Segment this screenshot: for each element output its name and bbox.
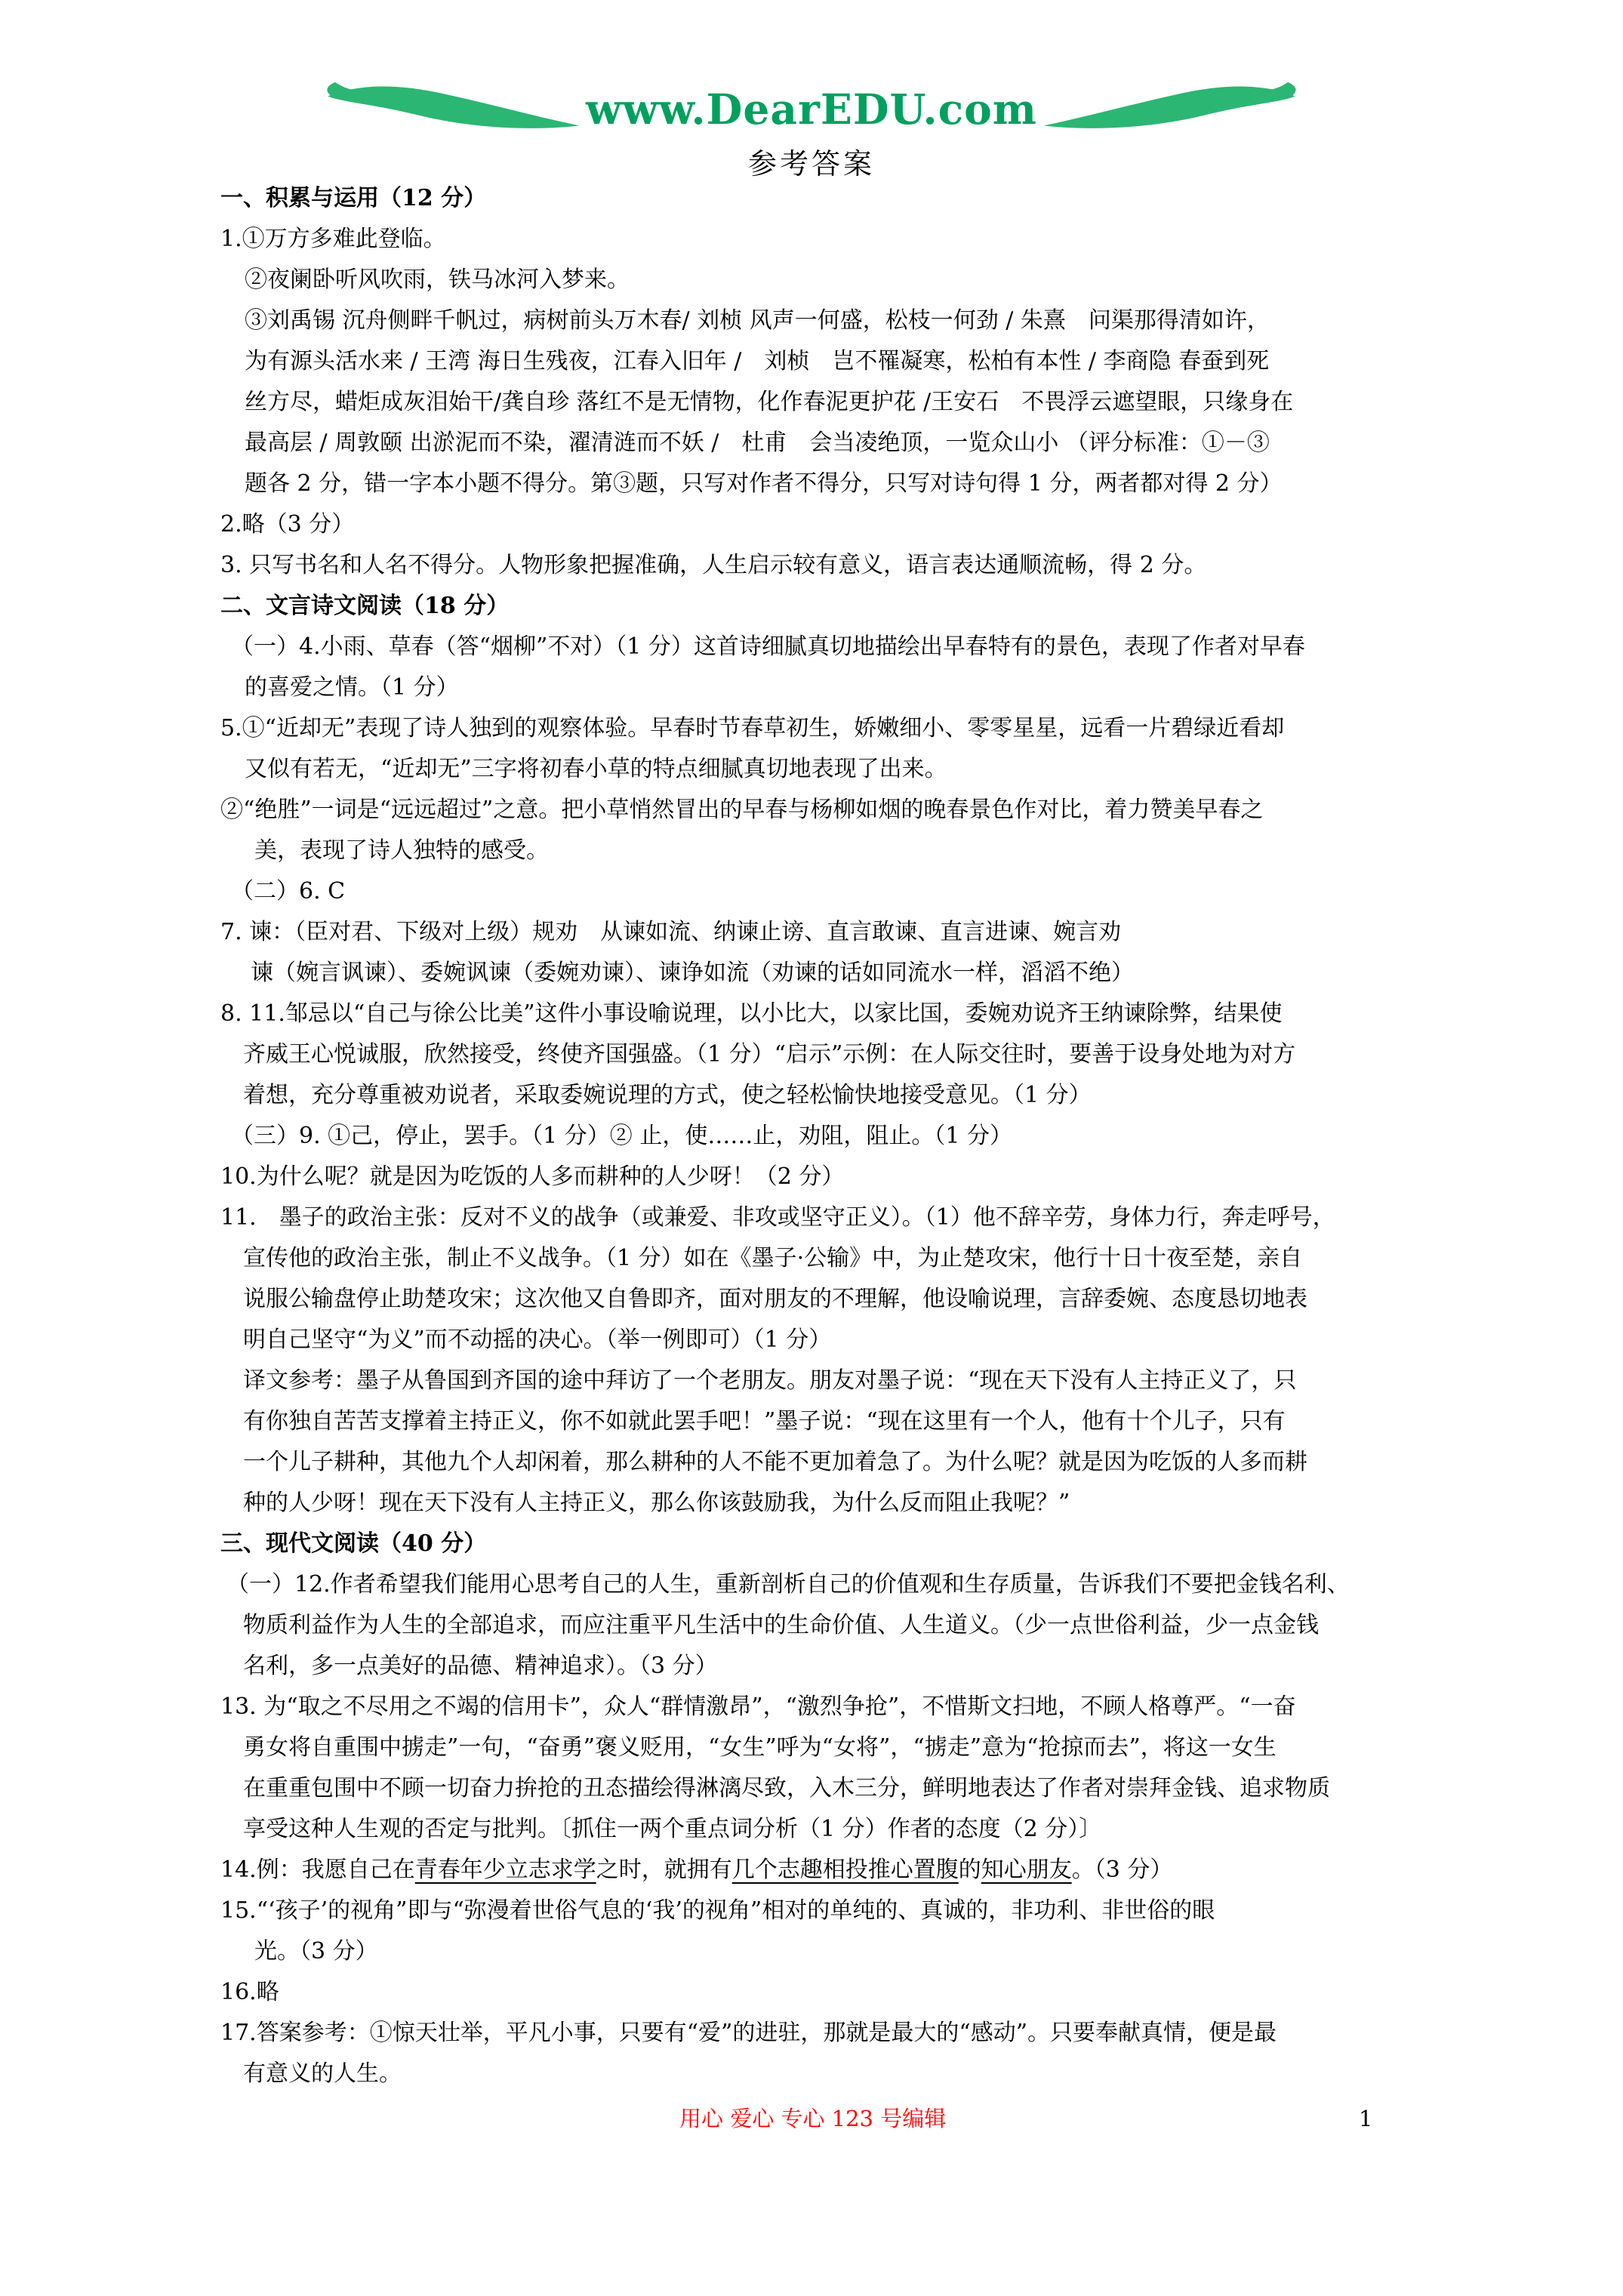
answer-line: 8. 11.邹忌以“自己与徐公比美”这件小事设喻说理，以小比大，以家比国，委婉劝… xyxy=(220,994,1520,1034)
answer-line: 一个儿子耕种，其他九个人却闲着，那么耕种的人不能不更加着急了。为什么呢？就是因为… xyxy=(220,1442,1520,1483)
site-logo: www.DearEDU.com xyxy=(0,80,1623,139)
page-number: 1 xyxy=(1359,2102,1372,2135)
answer-line: （一）4.小雨、草春（答“烟柳”不对）（1 分）这首诗细腻真切地描绘出早春特有的… xyxy=(220,627,1520,667)
answer-line: 2.略（3 分） xyxy=(220,504,1520,545)
answer-line: 有意义的人生。 xyxy=(220,2054,1520,2094)
answer-line: 为有源头活水来 / 王湾 海日生残夜，江春入旧年 / 刘桢 岂不罹凝寒，松柏有本… xyxy=(220,341,1520,382)
underlined-text: 几个志趣相投推心置腹 xyxy=(732,1857,959,1883)
answer-line: ③刘禹锡 沉舟侧畔千帆过，病树前头万木春/ 刘桢 风声一何盛，松枝一何劲 / 朱… xyxy=(220,300,1520,341)
answer-line: 勇女将自重围中掳走”一句，“奋勇”褒义贬用，“女生”呼为“女将”，“掳走”意为“… xyxy=(220,1727,1520,1768)
answer-line: 17.答案参考：①惊天壮举，平凡小事，只要有“爱”的进驻，那就是最大的“感动”。… xyxy=(220,2013,1520,2054)
section-heading: 三、现代文阅读（40 分） xyxy=(220,1524,1520,1564)
logo-swoosh-right-icon xyxy=(1040,80,1301,139)
answer-line: 译文参考：墨子从鲁国到齐国的途中拜访了一个老朋友。朋友对墨子说：“现在天下没有人… xyxy=(220,1361,1520,1401)
answer-line: 1.①万方多难此登临。 xyxy=(220,219,1520,260)
answer-line: 5.①“近却无”表现了诗人独到的观察体验。早春时节春草初生，娇嫩细小、零零星星，… xyxy=(220,708,1520,749)
answer-line: 丝方尽，蜡炬成灰泪始干/龚自珍 落红不是无情物，化作春泥更护花 /王安石 不畏浮… xyxy=(220,382,1520,423)
answer-line: 光。（3 分） xyxy=(220,1931,1520,1972)
answer-line: （二）6. C xyxy=(220,871,1520,912)
answer-line: 种的人少呀！现在天下没有人主持正义，那么你该鼓励我，为什么反而阻止我呢？” xyxy=(220,1483,1520,1524)
underlined-text: 青春年少立志求学 xyxy=(415,1857,596,1883)
document-page: www.DearEDU.com 参考答案 一、积累与运用（12 分）1.①万方多… xyxy=(0,0,1623,2296)
answer-line: 最高层 / 周敦颐 出淤泥而不染，濯清涟而不妖 / 杜甫 会当凌绝顶，一览众山小… xyxy=(220,423,1520,464)
answer-line: 齐威王心悦诚服，欣然接受，终使齐国强盛。（1 分）“启示”示例：在人际交往时，要… xyxy=(220,1034,1520,1075)
footer-note: 用心 爱心 专心 123 号编辑 xyxy=(679,2102,946,2135)
answer-line: 题各 2 分，错一字本小题不得分。第③题，只写对作者不得分，只写对诗句得 1 分… xyxy=(220,464,1520,504)
underlined-text: 知心朋友 xyxy=(981,1857,1072,1883)
page-footer: 用心 爱心 专心 123 号编辑 1 xyxy=(0,2102,1623,2135)
section-heading: 二、文言诗文阅读（18 分） xyxy=(220,586,1520,627)
answer-line: 又似有若无，“近却无”三字将初春小草的特点细腻真切地表现了出来。 xyxy=(220,749,1520,790)
answer-line: 谏（婉言讽谏）、委婉讽谏（委婉劝谏）、谏诤如流（劝谏的话如同流水一样，滔滔不绝） xyxy=(220,953,1520,994)
answer-line: 美，表现了诗人独特的感受。 xyxy=(220,831,1520,871)
answer-line: 7. 谏：（臣对君、下级对上级）规劝 从谏如流、纳谏止谤、直言敢谏、直言进谏、婉… xyxy=(220,912,1520,953)
answer-line: 16.略 xyxy=(220,1972,1520,2013)
answer-line: （一）12.作者希望我们能用心思考自己的人生，重新剖析自己的价值观和生存质量，告… xyxy=(220,1564,1520,1605)
answer-line: 说服公输盘停止助楚攻宋；这次他又自鲁即齐，面对朋友的不理解，他设喻说理，言辞委婉… xyxy=(220,1279,1520,1320)
answer-line: 3. 只写书名和人名不得分。人物形象把握准确，人生启示较有意义，语言表达通顺流畅… xyxy=(220,545,1520,586)
answer-line: 在重重包围中不顾一切奋力拚抢的丑态描绘得淋漓尽致，入木三分，鲜明地表达了作者对崇… xyxy=(220,1768,1520,1809)
answer-line: 明自己坚守“为义”而不动摇的决心。（举一例即可）（1 分） xyxy=(220,1320,1520,1361)
answer-line: 有你独自苦苦支撑着主持正义，你不如就此罢手吧！”墨子说：“现在这里有一个人，他有… xyxy=(220,1401,1520,1442)
answers-content: 一、积累与运用（12 分）1.①万方多难此登临。②夜阑卧听风吹雨，铁马冰河入梦来… xyxy=(220,178,1520,2094)
page-title: 参考答案 xyxy=(0,140,1623,182)
answer-line: 享受这种人生观的否定与批判。〔抓住一两个重点词分析（1 分）作者的态度（2 分）… xyxy=(220,1809,1520,1850)
answer-line: 名利，多一点美好的品德、精神追求）。（3 分） xyxy=(220,1646,1520,1687)
answer-line: 14.例：我愿自己在青春年少立志求学之时，就拥有几个志趣相投推心置腹的知心朋友。… xyxy=(220,1850,1520,1891)
answer-line: 的喜爱之情。（1 分） xyxy=(220,667,1520,708)
logo-text: www.DearEDU.com xyxy=(586,80,1037,139)
answer-line: 11. 墨子的政治主张：反对不义的战争（或兼爱、非攻或坚守正义）。（1）他不辞辛… xyxy=(220,1197,1520,1238)
answer-line: ②“绝胜”一词是“远远超过”之意。把小草悄然冒出的早春与杨柳如烟的晚春景色作对比… xyxy=(220,790,1520,831)
answer-line: 物质利益作为人生的全部追求，而应注重平凡生活中的生命价值、人生道义。（少一点世俗… xyxy=(220,1605,1520,1646)
answer-line: 10.为什么呢？就是因为吃饭的人多而耕种的人少呀！（2 分） xyxy=(220,1157,1520,1197)
answer-line: 着想，充分尊重被劝说者，采取委婉说理的方式，使之轻松愉快地接受意见。（1 分） xyxy=(220,1075,1520,1116)
answer-line: 15.“‘孩子’的视角”即与“弥漫着世俗气息的‘我’的视角”相对的单纯的、真诚的… xyxy=(220,1891,1520,1931)
answer-line: ②夜阑卧听风吹雨，铁马冰河入梦来。 xyxy=(220,260,1520,300)
logo-swoosh-left-icon xyxy=(322,80,583,139)
answer-line: 13. 为“取之不尽用之不竭的信用卡”，众人“群情激昂”，“激烈争抢”，不惜斯文… xyxy=(220,1687,1520,1727)
answer-line: （三）9. ①己，停止，罢手。（1 分）② 止，使……止，劝阻，阻止。（1 分） xyxy=(220,1116,1520,1157)
answer-line: 宣传他的政治主张，制止不义战争。（1 分）如在《墨子·公输》中，为止楚攻宋，他行… xyxy=(220,1238,1520,1279)
section-heading: 一、积累与运用（12 分） xyxy=(220,178,1520,219)
